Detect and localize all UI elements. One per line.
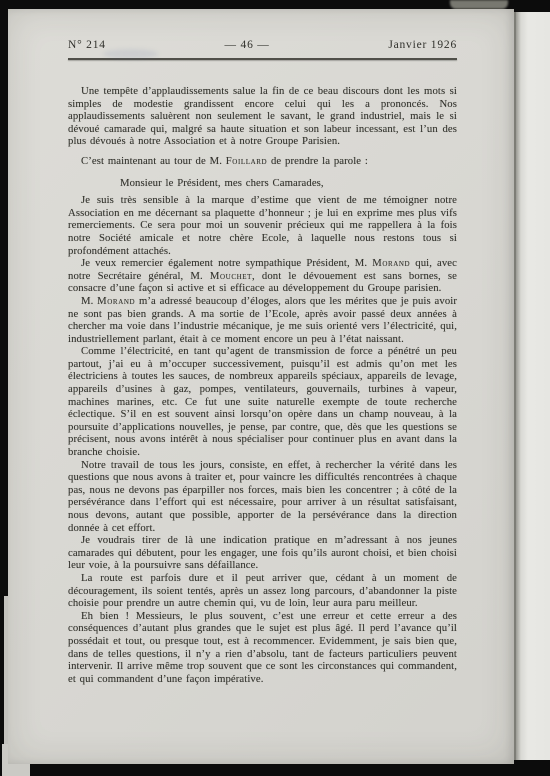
text-segment: Je veux remercier également notre sympat… bbox=[81, 257, 372, 269]
person-name: Morand bbox=[372, 257, 410, 269]
person-name: Foillard bbox=[226, 155, 267, 167]
paragraph: Je suis très sensible à la marque d’esti… bbox=[68, 194, 457, 257]
scanned-page: N° 214 — 46 — Janvier 1926 Une tempête d… bbox=[8, 9, 514, 764]
paragraph: C’est maintenant au tour de M. Foillard … bbox=[68, 155, 457, 168]
text-segment: de prendre la parole : bbox=[267, 155, 368, 167]
text-segment: Je voudrais tirer de là une indication p… bbox=[68, 534, 457, 571]
date-label: Janvier 1926 bbox=[388, 39, 457, 51]
person-name: Mouchet bbox=[210, 270, 252, 282]
paragraph: Je veux remercier également notre sympat… bbox=[68, 257, 457, 295]
person-name: Morand bbox=[97, 295, 135, 307]
ink-smudge bbox=[103, 49, 158, 59]
issue-number: N° 214 bbox=[68, 39, 106, 51]
text-segment: M. bbox=[81, 295, 97, 307]
scan-background: N° 214 — 46 — Janvier 1926 Une tempête d… bbox=[0, 0, 550, 776]
page-content: N° 214 — 46 — Janvier 1926 Une tempête d… bbox=[8, 9, 514, 685]
text-segment: Je suis très sensible à la marque d’esti… bbox=[68, 194, 457, 256]
text-segment: Notre travail de tous les jours, consist… bbox=[68, 459, 457, 534]
paragraph: Comme l’électricité, en tant qu’agent de… bbox=[68, 345, 457, 458]
paragraph: Je voudrais tirer de là une indication p… bbox=[68, 534, 457, 572]
under-page-edge bbox=[514, 12, 550, 760]
scan-artifact bbox=[450, 0, 508, 9]
paragraph: La route est parfois dure et il peut arr… bbox=[68, 572, 457, 610]
text-segment: Une tempête d’applaudissements salue la … bbox=[68, 85, 457, 147]
text-segment: La route est parfois dure et il peut arr… bbox=[68, 572, 457, 609]
text-segment: Monsieur le Président, mes chers Camarad… bbox=[120, 177, 324, 189]
text-segment: C’est maintenant au tour de M. bbox=[81, 155, 226, 167]
text-segment: Comme l’électricité, en tant qu’agent de… bbox=[68, 345, 457, 458]
page-number-label: — 46 — bbox=[225, 39, 270, 51]
paragraph: Eh bien ! Messieurs, le plus souvent, c’… bbox=[68, 610, 457, 686]
page-body: Une tempête d’applaudissements salue la … bbox=[68, 85, 457, 685]
paragraph: M. Morand m’a adressé beaucoup d’éloges,… bbox=[68, 295, 457, 345]
salutation-line: Monsieur le Président, mes chers Camarad… bbox=[120, 177, 457, 190]
paragraph: Une tempête d’applaudissements salue la … bbox=[68, 85, 457, 148]
paragraph: Notre travail de tous les jours, consist… bbox=[68, 459, 457, 535]
text-segment: Eh bien ! Messieurs, le plus souvent, c’… bbox=[68, 610, 457, 685]
